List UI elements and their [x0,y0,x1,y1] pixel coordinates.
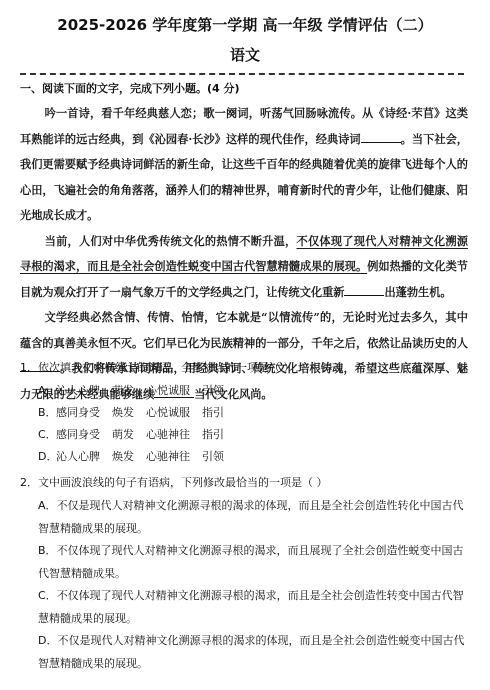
option-c[interactable]: C．不仅体现了现代人对精神文化溯源寻根的渴求，而且是全社会创造性转变中国古代智慧… [20,585,470,630]
dashed-divider [20,73,464,75]
option-a[interactable]: A．沁人心脾萌发心悦诚服引领 [20,380,470,402]
passage-paragraph-1: 吟一首诗，看千年经典慈人恋；歌一阕词，听荡气回肠咏流传。从《诗经·芣苢》这类耳熟… [20,101,468,229]
section-heading: 一、阅读下面的文字，完成下列小题。(4 分) [20,80,240,96]
question-2: 2．文中画波浪线的句子有语病，下列修改最恰当的一项是（ ） A．不仅是现代人对精… [20,470,470,675]
option-d[interactable]: D．沁人心脾焕发心驰神往引领 [20,446,470,468]
exam-title: 2025-2026 学年度第一学期 高一年级 学情评估（二） [0,14,490,35]
exam-page: 2025-2026 学年度第一学期 高一年级 学情评估（二） 语文 一、阅读下面… [0,0,490,690]
passage-paragraph-2: 当前，人们对中华优秀传统文化的热情不断升温，不仅体现了现代人对精神文化溯源寻根的… [20,229,468,306]
option-d[interactable]: D．不仅是现代人对精神文化溯源寻根的渴求的体现，而且是全社会创造性蜕变中国古代智… [20,630,470,675]
option-b[interactable]: B．感同身受焕发心悦诚服指引 [20,402,470,424]
option-c[interactable]: C．感同身受萌发心驰神往指引 [20,424,470,446]
questions: 1．依次填入文中横线上的词语，全都恰当的一项是（ ） A．沁人心脾萌发心悦诚服引… [20,355,470,675]
question-stem: 1．依次填入文中横线上的词语，全都恰当的一项是（ ） [20,355,470,380]
option-a[interactable]: A．不仅是现代人对精神文化溯源寻根的渴求的体现，而且是全社会创造性转化中国古代智… [20,495,470,540]
fill-blank-2 [344,283,384,296]
option-b[interactable]: B．不仅体现了现代人对精神文化溯源寻根的渴求，而且展现了全社会创造性蜕变中国古代… [20,540,470,585]
question-1: 1．依次填入文中横线上的词语，全都恰当的一项是（ ） A．沁人心脾萌发心悦诚服引… [20,355,470,468]
question-stem: 2．文中画波浪线的句子有语病，下列修改最恰当的一项是（ ） [20,470,470,495]
subject-title: 语文 [0,44,490,65]
fill-blank-1 [361,130,401,143]
